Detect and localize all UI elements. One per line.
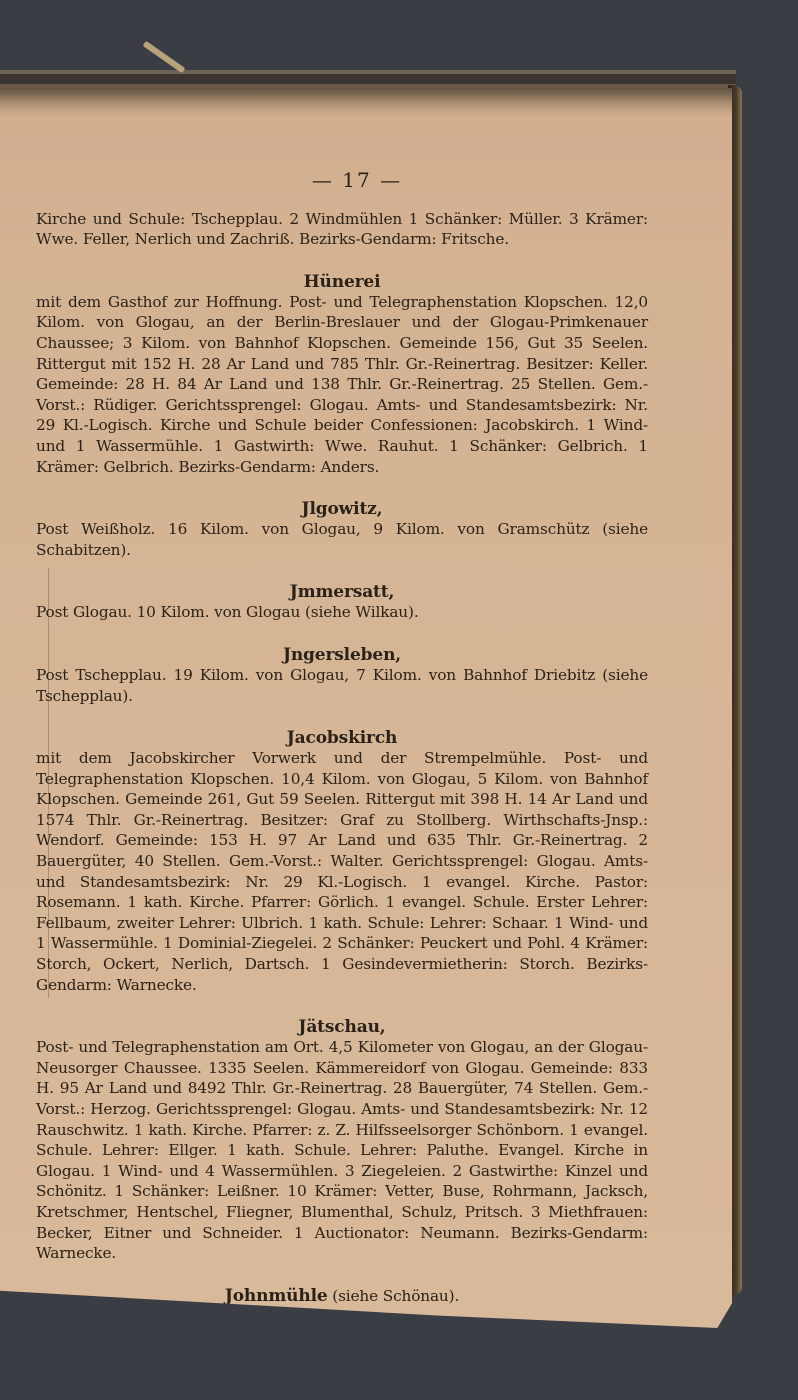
entry-body: Post- und Telegraphenstation am Ort. 4,5… bbox=[36, 1037, 648, 1264]
entry-title: Jmmersatt, bbox=[36, 582, 648, 602]
book-page: — 17 — Kirche und Schule: Tschepplau. 2 … bbox=[0, 88, 732, 1328]
entry-body: Kirche und Schule: Tschepplau. 2 Windmüh… bbox=[36, 209, 648, 250]
entry-jacobskirch: Jacobskirch mit dem Jacobskircher Vorwer… bbox=[36, 728, 648, 995]
entry-title: Jlgowitz, bbox=[36, 499, 648, 519]
page-text: — 17 — Kirche und Schule: Tschepplau. 2 … bbox=[36, 170, 648, 1391]
entry-title: Hünerei bbox=[36, 272, 648, 292]
entry-ilgowitz: Jlgowitz, Post Weißholz. 16 Kilom. von G… bbox=[36, 499, 648, 560]
book-top-edge bbox=[0, 70, 736, 90]
entry-title: Jätschau, bbox=[36, 1017, 648, 1037]
entry-title: Johnmühle bbox=[225, 1286, 328, 1306]
page-number: — 17 — bbox=[36, 170, 648, 191]
entry-body: Post Tschepplau. 19 Kilom. von Glogau, 7… bbox=[36, 665, 648, 706]
entry-body: mit dem Jacobskircher Vorwerk und der St… bbox=[36, 748, 648, 995]
entry-title: Jacobskirch bbox=[36, 728, 648, 748]
entry-body: (siehe Schönau). bbox=[332, 1287, 459, 1305]
entry-body: mit dem Gasthof zur Hoffnung. Post- und … bbox=[36, 292, 648, 477]
entry-jaetschau: Jätschau, Post- und Telegraphenstation a… bbox=[36, 1017, 648, 1264]
entry-ingersleben: Jngersleben, Post Tschepplau. 19 Kilom. … bbox=[36, 645, 648, 706]
entry-body: Post Weißholz. 16 Kilom. von Glogau, 9 K… bbox=[36, 519, 648, 560]
entry-huenerei: Hünerei mit dem Gasthof zur Hoffnung. Po… bbox=[36, 272, 648, 477]
continuation-paragraph: Kirche und Schule: Tschepplau. 2 Windmüh… bbox=[36, 209, 648, 250]
entry-title: Jngersleben, bbox=[36, 645, 648, 665]
entry-body: Post Glogau. 10 Kilom. von Glogau (siehe… bbox=[36, 602, 648, 623]
entry-immersatt: Jmmersatt, Post Glogau. 10 Kilom. von Gl… bbox=[36, 582, 648, 623]
